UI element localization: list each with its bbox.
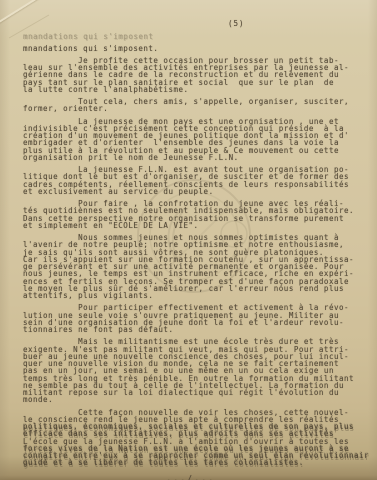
- scanned-page-background: (5) mnandations qui s'imposent mnandatio…: [0, 0, 377, 480]
- typewritten-text-block: (5) mnandations qui s'imposent mnandatio…: [23, 20, 359, 480]
- paragraph: Cette façon nouvelle de voir les choses,…: [23, 409, 359, 467]
- text-line: monde.: [23, 396, 359, 403]
- text-line: guidé et à se libérer de toutes les tare…: [23, 459, 359, 466]
- paragraphs: Je profite cette occasion pour brosser u…: [23, 57, 359, 467]
- paragraph: Je profite cette occasion pour brosser u…: [23, 57, 359, 93]
- text-line: et exclusivement au service du peuple.: [23, 188, 359, 195]
- paragraph: La jeunesse de mon pays est une orgnisat…: [23, 118, 359, 162]
- paragraph: Nous sommes jeunes et nous sommes optimi…: [23, 234, 359, 299]
- text-line: former, orienter.: [23, 105, 359, 112]
- text-line: militant repose sur la loi dialectique q…: [23, 389, 359, 396]
- text-line: attentifs, plus vigilants.: [23, 292, 359, 299]
- text-line: et simplement en "ECOLE DE LA VIE".: [23, 222, 359, 229]
- text-line: la lutte contre l'analphabétisme.: [23, 86, 359, 93]
- page-number: (5): [23, 20, 359, 27]
- text-line: tionnaires ne font pas défaut.: [23, 326, 359, 333]
- paragraph: Mais le militantisme est une école très …: [23, 338, 359, 403]
- paragraph: Tout cela, chers amis, s'appelle, organi…: [23, 98, 359, 113]
- paragraph: La jeunesse F.L.N. est avant tout une or…: [23, 166, 359, 195]
- carryover-line: mnandations qui s'imposent.: [23, 45, 359, 52]
- paragraph: Pour faire , la confrotation du jeune av…: [23, 200, 359, 229]
- paragraph: Pour participer effectivement et activem…: [23, 304, 359, 333]
- continuation-mark: .../...: [23, 475, 359, 480]
- ghost-overstrike-line: mnandations qui s'imposent: [23, 33, 359, 40]
- text-line: organisation prit le nom de Jeunesse F.L…: [23, 154, 359, 161]
